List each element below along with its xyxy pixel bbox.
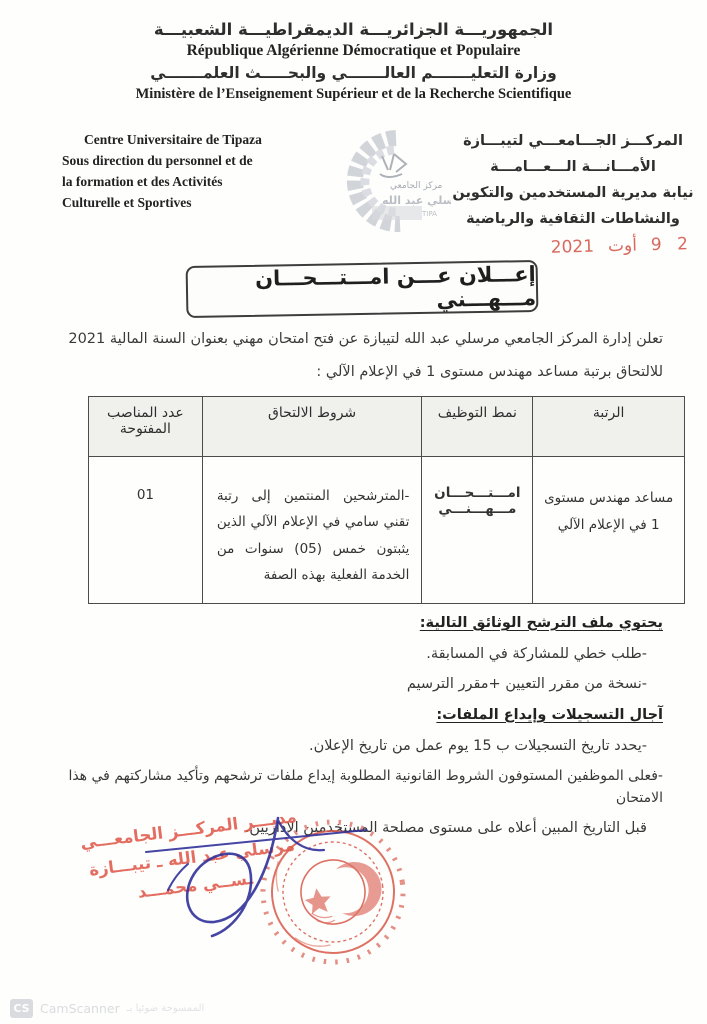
issuer-line: Centre Universitaire de Tipaza — [62, 130, 302, 151]
republic-line-fr: République Algérienne Démocratique et Po… — [0, 42, 707, 60]
intro-line: للالتحاق برتبة مساعد مهندس مستوى 1 في ال… — [38, 364, 663, 380]
deadline-item: -يحدد تاريخ التسجيلات ب 15 يوم عمل من تا… — [30, 735, 663, 758]
camscanner-name: CamScanner — [40, 1001, 120, 1016]
date-stamp: 2 9 أوت 2021 — [543, 234, 693, 258]
ministry-line-fr: Ministère de l’Enseignement Supérieur et… — [0, 86, 707, 103]
camscanner-logo-icon: CS — [10, 999, 33, 1018]
ministry-line-ar: وزارة التعليـــــــم العالـــــــي والبح… — [0, 64, 707, 82]
issuer-line-ar: الأمـــانـــة الـــعـــامـــة — [448, 154, 698, 180]
issuer-block-ar: المركـــز الجـــامعـــي لتيبـــازة الأمـ… — [448, 128, 698, 232]
issuer-line-ar: والنشاطات الثقافية والرياضية — [448, 206, 698, 232]
camscanner-tagline: الممسوحة ضوئيا بـ — [127, 1003, 205, 1014]
header: الجمهوريـــة الجزائريـــة الديمقراطيـــة… — [0, 20, 707, 103]
issuer-line: Sous direction du personnel et de — [62, 151, 302, 172]
issuer-block-fr: Centre Universitaire de Tipaza Sous dire… — [62, 130, 302, 214]
document-item: -طلب خطي للمشاركة في المسابقة. — [30, 643, 663, 666]
logo-label-top: مركز الجامعي — [390, 181, 443, 191]
table-header-row: الرتبة نمط التوظيف شروط الالتحاق عدد الم… — [89, 397, 685, 457]
table-row: مساعد مهندس مستوى 1 في الإعلام الآلي امـ… — [89, 457, 685, 604]
signature — [128, 800, 378, 954]
issuer-line: Culturelle et Sportives — [62, 193, 302, 214]
issuer-line-ar: نيابة مديرية المستخدمين والتكوين — [448, 180, 698, 206]
header-mode: نمط التوظيف — [422, 397, 533, 457]
date-day: 2 9 — [651, 234, 694, 255]
university-logo: مركز الجامعي مرسلي عبد الله TIPA — [326, 128, 451, 244]
header-conditions: شروط الالتحاق — [202, 397, 422, 457]
logo-label-bottom: TIPA — [421, 210, 437, 218]
cell-conditions: -المترشحين المنتمين إلى رتبة تقني سامي ف… — [202, 457, 422, 604]
intro-paragraph: تعلن إدارة المركز الجامعي مرسلي عبد الله… — [38, 331, 663, 397]
deadlines-section-heading: آجال التسجيلات وإيداع الملفات: — [30, 704, 663, 727]
cell-mode: امـــتـــحـــان مـــهـــنـــي — [422, 457, 533, 604]
header-positions: عدد المناصب المفتوحة — [89, 397, 203, 457]
intro-line: تعلن إدارة المركز الجامعي مرسلي عبد الله… — [38, 331, 663, 347]
announcement-title-box: إعـــلان عـــن امـــتـــحـــان مـــهـــن… — [186, 260, 539, 318]
cell-rank: مساعد مهندس مستوى 1 في الإعلام الآلي — [533, 457, 685, 604]
documents-section-heading: يحتوي ملف الترشح الوثائق التالية: — [30, 612, 663, 635]
republic-line-ar: الجمهوريـــة الجزائريـــة الديمقراطيـــة… — [0, 20, 707, 39]
camscanner-watermark: CS CamScanner الممسوحة ضوئيا بـ — [10, 999, 204, 1018]
date-year: 2021 — [550, 237, 594, 258]
cell-positions: 01 — [89, 457, 203, 604]
logo-label-mid: مرسلي عبد الله — [382, 194, 451, 207]
announcement-title: إعـــلان عـــن امـــتـــحـــان مـــهـــن… — [188, 262, 537, 316]
document-page: الجمهوريـــة الجزائريـــة الديمقراطيـــة… — [0, 0, 707, 1024]
issuer-line: la formation et des Activités — [62, 172, 302, 193]
recruitment-table: الرتبة نمط التوظيف شروط الالتحاق عدد الم… — [88, 396, 685, 604]
date-month: أوت — [608, 236, 637, 257]
header-rank: الرتبة — [533, 397, 685, 457]
document-item: -نسخة من مقرر التعيين +مقرر الترسيم — [30, 673, 663, 696]
issuer-line-ar: المركـــز الجـــامعـــي لتيبـــازة — [448, 128, 698, 154]
